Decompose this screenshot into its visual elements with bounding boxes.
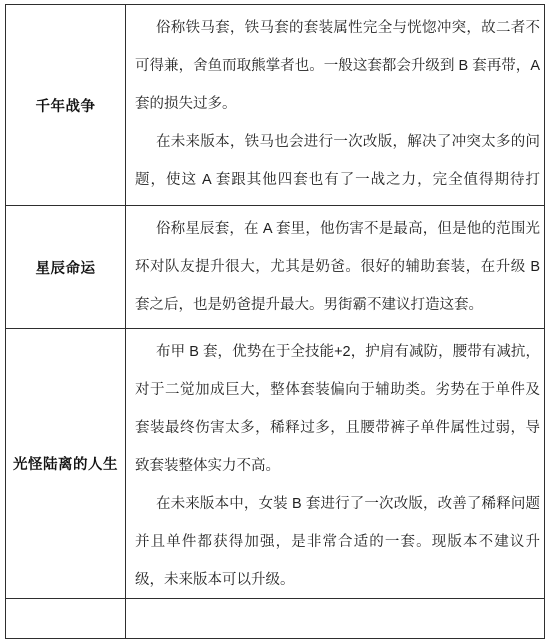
row-label: 千年战争 (36, 95, 96, 116)
review-paragraph: 俗称铁马套，铁马套的套装属性完全与恍惚冲突，故二者不可得兼，舍鱼而取熊掌者也。一… (135, 9, 540, 123)
set-review-table: 千年战争俗称铁马套，铁马套的套装属性完全与恍惚冲突，故二者不可得兼，舍鱼而取熊掌… (5, 4, 545, 612)
review-paragraph: 在未来版本，铁马也会进行一次改版，解决了冲突太多的问题，使这 A 套跟其他四套也… (135, 123, 540, 205)
row-label-cell (6, 599, 126, 612)
review-paragraph: 布甲 B 套，优势在于全技能+2，护肩有减防，腰带有减抗，对于二觉加成巨大，整体… (135, 333, 540, 485)
review-paragraph: 在未来版本中，女装 B 套进行了一次改版，改善了稀释问题并且单件都获得加强，是非… (135, 485, 540, 598)
row-label-cell: 光怪陆离的人生 (6, 329, 126, 598)
row-label-cell: 千年战争 (6, 5, 126, 205)
table-row: 光怪陆离的人生布甲 B 套，优势在于全技能+2，护肩有减防，腰带有减抗，对于二觉… (6, 329, 544, 599)
row-text-cell: 布甲 B 套，优势在于全技能+2，护肩有减防，腰带有减抗，对于二觉加成巨大，整体… (126, 329, 544, 598)
table-row: 星辰命运俗称星辰套，在 A 套里，他伤害不是最高，但是他的范围光环对队友提升很大… (6, 206, 544, 329)
row-label: 星辰命运 (36, 257, 96, 278)
table-row (6, 599, 544, 612)
table-row: 千年战争俗称铁马套，铁马套的套装属性完全与恍惚冲突，故二者不可得兼，舍鱼而取熊掌… (6, 5, 544, 206)
row-label: 光怪陆离的人生 (13, 453, 118, 474)
review-paragraph: 俗称星辰套，在 A 套里，他伤害不是最高，但是他的范围光环对队友提升很大，尤其是… (135, 210, 540, 324)
row-text-cell: 俗称铁马套，铁马套的套装属性完全与恍惚冲突，故二者不可得兼，舍鱼而取熊掌者也。一… (126, 5, 544, 205)
row-label-cell: 星辰命运 (6, 206, 126, 328)
row-text-cell: 俗称星辰套，在 A 套里，他伤害不是最高，但是他的范围光环对队友提升很大，尤其是… (126, 206, 544, 328)
row-text-cell (126, 599, 544, 612)
